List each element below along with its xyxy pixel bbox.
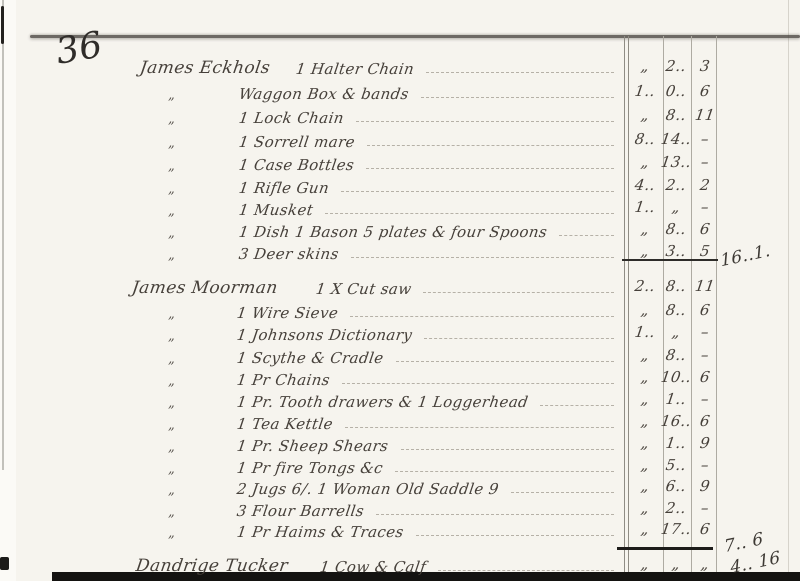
item-description: 1 Wire Sieve [236, 304, 340, 322]
ditto-mark: „ [168, 159, 175, 174]
item-row: „1 Johnsons Dictionary1..„– [0, 322, 800, 344]
ditto-mark: „ [168, 374, 175, 389]
dotted-leader [325, 213, 614, 214]
ditto-mark: „ [168, 462, 175, 477]
item-description-line: „3 Deer skins [168, 241, 618, 263]
item-description: 1 Pr. Tooth drawers & 1 Loggerhead [236, 393, 530, 411]
item-row: „1 Sorrell mare8..14..– [0, 129, 800, 151]
amount-pence: – [691, 499, 720, 517]
item-row: „1 Pr fire Tongs &c„5..– [0, 455, 800, 477]
amount-pounds: „ [627, 477, 664, 495]
amount-shillings: 16.. [660, 412, 693, 430]
dotted-leader [438, 570, 614, 571]
dotted-leader [424, 338, 614, 339]
dotted-leader [511, 492, 614, 493]
amount-pence: – [691, 456, 720, 474]
item-row: „3 Deer skins„3..5 [0, 241, 800, 263]
amount-pounds: 4.. [627, 176, 664, 194]
dotted-leader [423, 292, 614, 293]
moorman-total-rule [617, 547, 713, 550]
amount-pounds: 1.. [627, 82, 664, 100]
item-description: 1 Tea Kettle [236, 415, 334, 433]
item-description: 1 Scythe & Cradle [236, 349, 385, 367]
amount-pence: – [691, 390, 720, 408]
page-top-rule [30, 35, 800, 38]
account-first-row: James Moorman1 X Cut saw2..8..11 [0, 276, 800, 298]
item-row: „2 Jugs 6/. 1 Woman Old Saddle 9„6..9 [0, 476, 800, 498]
item-description-line: „1 Wire Sieve [168, 300, 618, 322]
dotted-leader [366, 168, 614, 169]
ditto-mark: „ [168, 136, 175, 151]
amount-shillings: 1.. [660, 434, 693, 452]
item-row: „1 Tea Kettle„16..6 [0, 411, 800, 433]
amount-shillings: 3.. [660, 242, 693, 260]
ditto-mark: „ [168, 182, 175, 197]
amount-pounds: „ [627, 434, 664, 452]
ditto-mark: „ [168, 226, 175, 241]
amount-pence: 6 [691, 301, 720, 319]
amount-pence: 6 [691, 520, 720, 538]
item-description-line: „1 Pr Chains [168, 367, 618, 389]
ditto-mark: „ [168, 418, 175, 433]
amount-shillings: 5.. [660, 456, 693, 474]
item-description: 1 Cow & Calf [319, 558, 428, 576]
item-row: „Waggon Box & bands1..0..6 [0, 81, 800, 103]
item-description-line: James Moorman1 X Cut saw [132, 276, 618, 298]
item-description: 2 Jugs 6/. 1 Woman Old Saddle 9 [236, 480, 500, 498]
amount-pounds: „ [627, 301, 664, 319]
ditto-mark: „ [168, 505, 175, 520]
dotted-leader [559, 235, 614, 236]
amount-shillings: 6.. [660, 477, 693, 495]
amount-pounds: „ [627, 390, 664, 408]
amount-pence: – [691, 323, 720, 341]
amount-shillings: 1.. [660, 390, 693, 408]
item-row: „1 Lock Chain„8..11 [0, 105, 800, 127]
amount-pounds: 2.. [627, 277, 664, 295]
item-description: 1 Dish 1 Bason 5 plates & four Spoons [238, 223, 549, 241]
amount-pence: 6 [691, 368, 720, 386]
item-row: „1 Pr Haims & Traces„17..6 [0, 519, 800, 541]
item-description-line: „3 Flour Barrells [168, 498, 618, 520]
item-description: 1 Johnsons Dictionary [236, 326, 414, 344]
item-description-line: Dandrige Tucker1 Cow & Calf [136, 554, 618, 576]
amount-shillings: 8.. [660, 220, 693, 238]
amount-pounds: „ [627, 456, 664, 474]
dotted-leader [341, 191, 614, 192]
item-row: „3 Flour Barrells„2..– [0, 498, 800, 520]
item-description-line: „1 Pr fire Tongs &c [168, 455, 618, 477]
amount-pounds: „ [627, 106, 664, 124]
amount-pence: 3 [691, 57, 720, 75]
amount-pounds: „ [627, 346, 664, 364]
item-description: Waggon Box & bands [238, 85, 410, 103]
item-description: 1 Pr Haims & Traces [236, 523, 405, 541]
item-description: 1 Pr fire Tongs &c [236, 459, 385, 477]
item-description: 1 Pr. Sheep Shears [236, 437, 390, 455]
dotted-leader [345, 427, 614, 428]
item-description-line: „1 Musket [168, 197, 618, 219]
amount-pounds: „ [627, 520, 664, 538]
item-description: 1 Pr Chains [236, 371, 332, 389]
amount-pence: 6 [691, 412, 720, 430]
dotted-leader [351, 257, 614, 258]
item-description-line: „1 Lock Chain [168, 105, 618, 127]
item-row: „1 Pr. Tooth drawers & 1 Loggerhead„1..– [0, 389, 800, 411]
amount-shillings: 13.. [660, 153, 693, 171]
amount-pounds: „ [627, 412, 664, 430]
item-description-line: „1 Case Bottles [168, 152, 618, 174]
amount-pounds: „ [627, 242, 664, 260]
amount-pence: 9 [691, 477, 720, 495]
item-description: 1 Lock Chain [238, 109, 345, 127]
amount-pence: – [691, 153, 720, 171]
ditto-mark: „ [168, 307, 175, 322]
item-row: „1 Dish 1 Bason 5 plates & four Spoons„8… [0, 219, 800, 241]
item-description: 1 X Cut saw [314, 280, 412, 298]
amount-pence: 5 [691, 242, 720, 260]
amount-pounds: 1.. [627, 198, 664, 216]
item-description-line: „1 Johnsons Dictionary [168, 322, 618, 344]
amount-pence: – [691, 198, 720, 216]
amount-shillings: 2.. [660, 499, 693, 517]
item-description-line: „1 Rifle Gun [168, 175, 618, 197]
amount-pounds: „ [627, 57, 664, 75]
amount-pence: 11 [691, 106, 720, 124]
amount-shillings: 0.. [660, 82, 693, 100]
item-description: 1 Rifle Gun [238, 179, 331, 197]
ditto-mark: „ [168, 440, 175, 455]
item-description: 3 Deer skins [238, 245, 340, 263]
amount-pence: – [691, 130, 720, 148]
item-row: „1 Rifle Gun4..2..2 [0, 175, 800, 197]
amount-shillings: „ [660, 198, 693, 216]
amount-pence: 2 [691, 176, 720, 194]
amount-pence: 9 [691, 434, 720, 452]
ditto-mark: „ [168, 248, 175, 263]
item-description: 1 Case Bottles [238, 156, 356, 174]
item-row: „1 Musket1..„– [0, 197, 800, 219]
ditto-mark: „ [168, 329, 175, 344]
dotted-leader [396, 361, 614, 362]
amount-shillings: 17.. [660, 520, 693, 538]
amount-shillings: „ [660, 555, 693, 573]
ditto-mark: „ [168, 483, 175, 498]
amount-shillings: „ [660, 323, 693, 341]
account-first-row: Dandrige Tucker1 Cow & Calf„„„ [0, 554, 800, 576]
dotted-leader [376, 514, 614, 515]
item-row: „1 Pr Chains„10..6 [0, 367, 800, 389]
scan-left-edge-mark [1, 6, 4, 44]
item-description: 1 Sorrell mare [238, 133, 357, 151]
amount-pence: 6 [691, 82, 720, 100]
item-row: „1 Pr. Sheep Shears„1..9 [0, 433, 800, 455]
amount-shillings: 8.. [660, 277, 693, 295]
account-name: James Eckhols [139, 58, 272, 78]
account-name: Dandrige Tucker [135, 556, 290, 576]
amount-pounds: „ [627, 368, 664, 386]
ditto-mark: „ [168, 88, 175, 103]
dotted-leader [395, 471, 614, 472]
amount-shillings: 8.. [660, 301, 693, 319]
dotted-leader [356, 121, 614, 122]
item-description-line: „1 Tea Kettle [168, 411, 618, 433]
dotted-leader [367, 145, 614, 146]
amount-pence: „ [691, 555, 720, 573]
amount-pounds: „ [627, 153, 664, 171]
item-description: 1 Musket [238, 201, 315, 219]
amount-pounds: 8.. [627, 130, 664, 148]
item-row: „1 Scythe & Cradle„8..– [0, 345, 800, 367]
item-description-line: „1 Pr. Sheep Shears [168, 433, 618, 455]
amount-shillings: 10.. [660, 368, 693, 386]
account-first-row: James Eckhols1 Halter Chain„2..3 [0, 56, 800, 78]
item-description-line: „1 Pr Haims & Traces [168, 519, 618, 541]
amount-shillings: 2.. [660, 176, 693, 194]
amount-shillings: 2.. [660, 57, 693, 75]
item-row: „1 Case Bottles„13..– [0, 152, 800, 174]
amount-shillings: 8.. [660, 106, 693, 124]
amount-pence: – [691, 346, 720, 364]
item-description-line: „Waggon Box & bands [168, 81, 618, 103]
ditto-mark: „ [168, 526, 175, 541]
amount-shillings: 14.. [660, 130, 693, 148]
dotted-leader [416, 535, 614, 536]
item-description-line: „1 Sorrell mare [168, 129, 618, 151]
dotted-leader [342, 383, 614, 384]
amount-pounds: „ [627, 499, 664, 517]
ditto-mark: „ [168, 352, 175, 367]
ditto-mark: „ [168, 204, 175, 219]
amount-pounds: „ [627, 220, 664, 238]
ditto-mark: „ [168, 112, 175, 127]
item-description-line: „1 Pr. Tooth drawers & 1 Loggerhead [168, 389, 618, 411]
ditto-mark: „ [168, 396, 175, 411]
item-description-line: „1 Dish 1 Bason 5 plates & four Spoons [168, 219, 618, 241]
dotted-leader [421, 97, 614, 98]
item-description-line: „1 Scythe & Cradle [168, 345, 618, 367]
item-description-line: James Eckhols1 Halter Chain [140, 56, 618, 78]
item-description: 3 Flour Barrells [236, 502, 366, 520]
dotted-leader [540, 405, 614, 406]
amount-pounds: „ [627, 555, 664, 573]
item-description-line: „2 Jugs 6/. 1 Woman Old Saddle 9 [168, 476, 618, 498]
amount-shillings: 8.. [660, 346, 693, 364]
item-row: „1 Wire Sieve„8..6 [0, 300, 800, 322]
amount-pence: 6 [691, 220, 720, 238]
dotted-leader [401, 449, 615, 450]
amount-pence: 11 [691, 277, 720, 295]
dotted-leader [426, 72, 614, 73]
item-description: 1 Halter Chain [295, 60, 416, 78]
amount-pounds: 1.. [627, 323, 664, 341]
dotted-leader [350, 316, 614, 317]
account-name: James Moorman [131, 278, 279, 298]
